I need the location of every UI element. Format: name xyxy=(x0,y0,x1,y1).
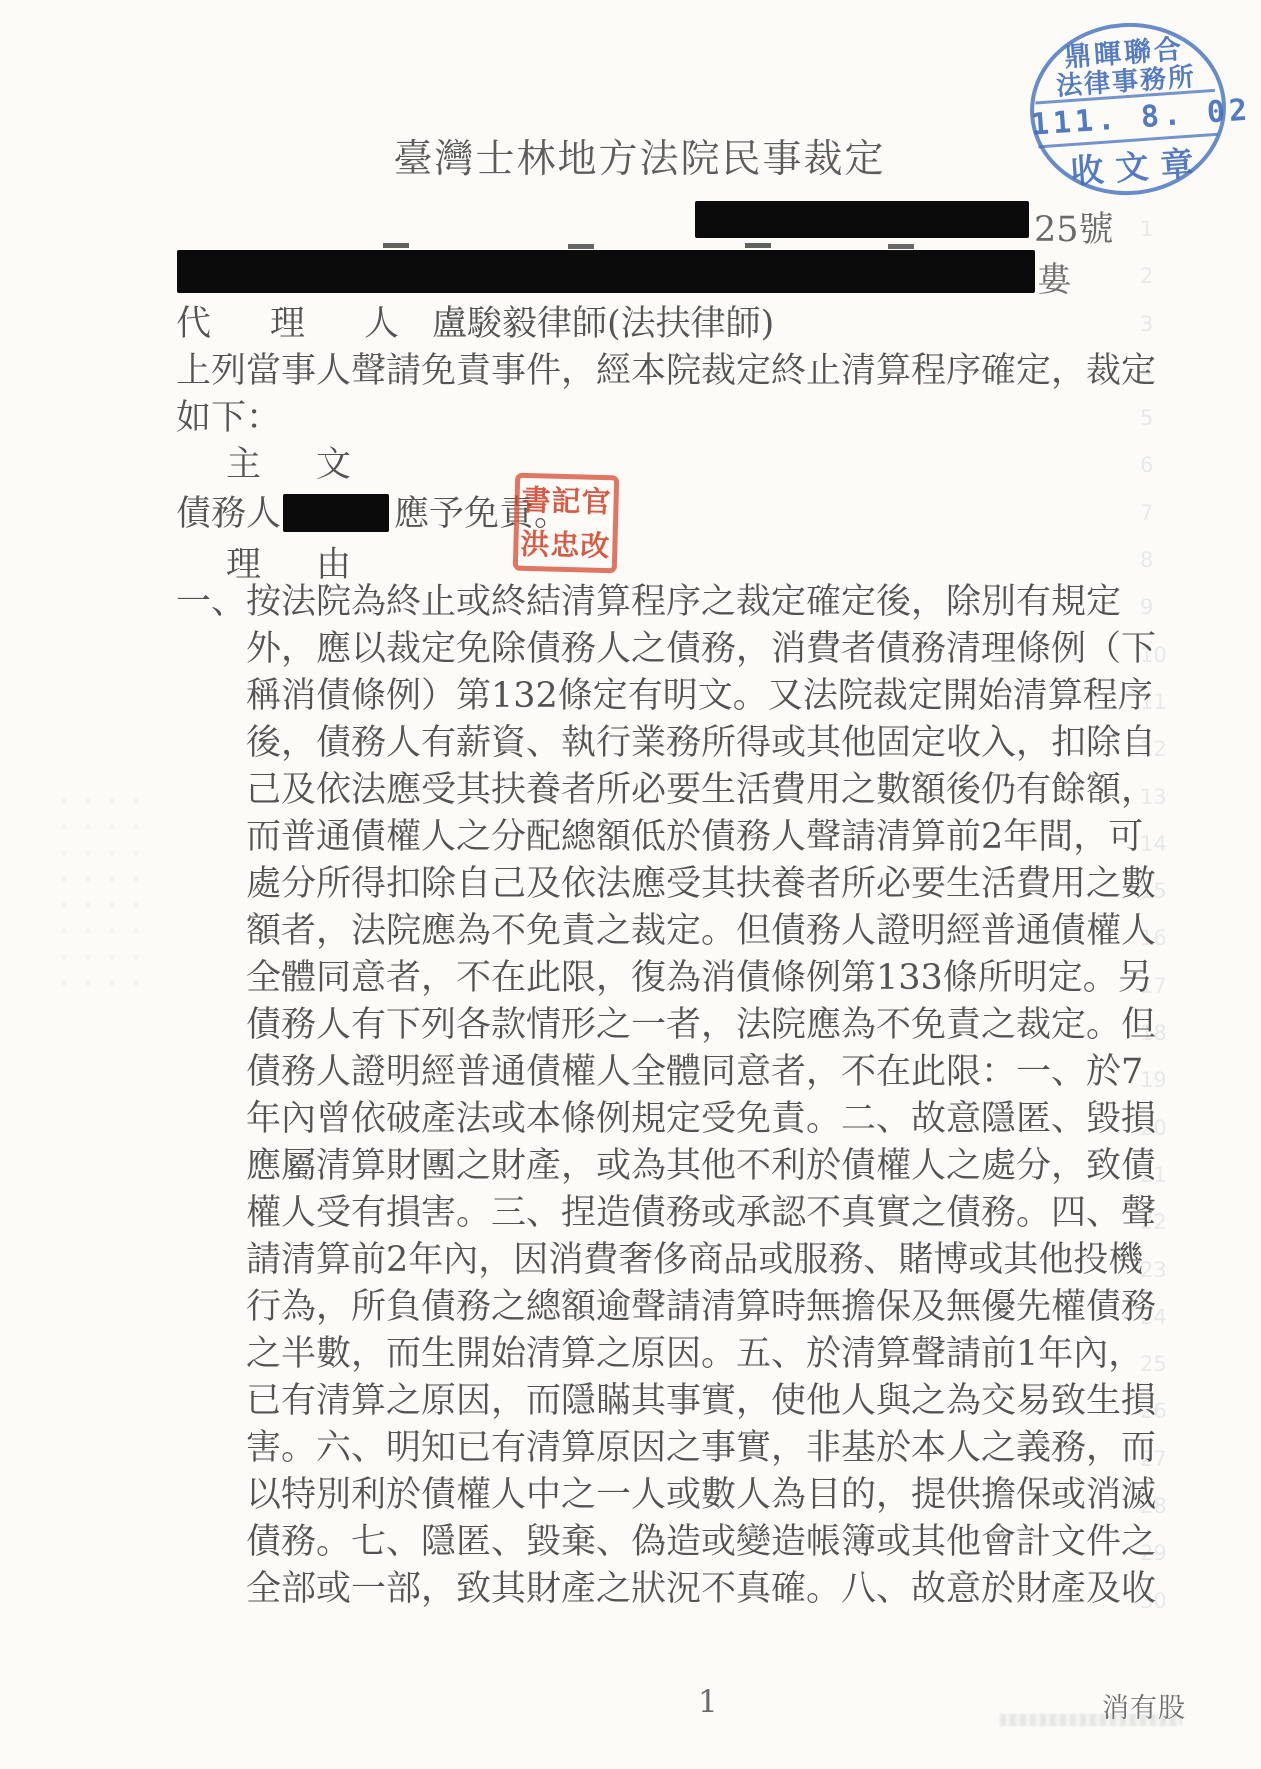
clerk-stamp: 書記官 洪忠改 xyxy=(513,473,620,574)
clerk-stamp-name: 洪忠改 xyxy=(518,526,613,564)
reasons-paragraph: 一、按法院為終止或終結清算程序之裁定確定後，除別有規定外，應以裁定免除債務人之債… xyxy=(176,579,1136,1613)
margin-line-number: 8 xyxy=(1140,537,1180,584)
margin-line-number: 2 xyxy=(1140,253,1180,300)
reasons-line: 全部或一部，致其財產之狀況不真確。八、故意於財產及收 xyxy=(176,1566,1136,1613)
agent-line: 代 理 人 盧駿毅律師(法扶律師) xyxy=(176,296,411,346)
reasons-line: 行為，所負債務之總額逾聲請清算時無擔保及無優先權債務 xyxy=(176,1284,1136,1331)
reasons-line: 請清算前2年內，因消費奢侈商品或服務、賭博或其他投機 xyxy=(176,1237,1136,1284)
reasons-line: 應屬清算財團之財產，或為其他不利於債權人之處分，致債 xyxy=(176,1143,1136,1190)
reasons-line: 一、按法院為終止或終結清算程序之裁定確定後，除別有規定 xyxy=(176,579,1136,626)
reasons-line: 之半數，而生開始清算之原因。五、於清算聲請前1年內， xyxy=(176,1331,1136,1378)
reasons-line: 年內曾依破產法或本條例規定受免責。二、故意隱匿、毀損 xyxy=(176,1096,1136,1143)
reasons-line: 債務。七、隱匿、毀棄、偽造或變造帳簿或其他會計文件之 xyxy=(176,1519,1136,1566)
reasons-line: 稱消債條例）第132條定有明文。又法院裁定開始清算程序 xyxy=(176,673,1136,720)
case-number-suffix: 25號 xyxy=(1034,202,1114,252)
document-title: 臺灣士林地方法院民事裁定 xyxy=(0,128,1261,184)
faint-watermark xyxy=(1000,1714,1182,1726)
preamble-line2: 如下： xyxy=(176,390,281,440)
reasons-line: 債務人證明經普通債權人全體同意者，不在此限：一、於7 xyxy=(176,1049,1136,1096)
address-partial-character: 婁 xyxy=(1037,252,1071,301)
redaction-bar-case-number xyxy=(695,201,1029,238)
scan-smudge xyxy=(52,788,147,993)
reasons-line: 已有清算之原因，而隱瞞其事實，使他人與之為交易致生損 xyxy=(176,1378,1136,1425)
reasons-line: 外，應以裁定免除債務人之債務，消費者債務清理條例（下 xyxy=(176,626,1136,673)
court-ruling-page: 1234567891011121314151617181920212223242… xyxy=(0,0,1261,1769)
main-text-line: 債務人應予免責。 xyxy=(176,486,569,536)
reasons-line: 處分所得扣除自己及依法應受其扶養者所必要生活費用之數 xyxy=(176,861,1136,908)
margin-line-number: 5 xyxy=(1140,395,1180,442)
main-text-prefix: 債務人 xyxy=(176,494,281,534)
reasons-line: 額者，法院應為不免責之裁定。但債務人證明經普通債權人 xyxy=(176,908,1136,955)
redaction-bar-debtor-name xyxy=(283,494,389,532)
preamble-line1: 上列當事人聲請免責事件，經本院裁定終止清算程序確定，裁定 xyxy=(176,343,1156,393)
reasons-line: 債務人有下列各款情形之一者，法院應為不免責之裁定。但 xyxy=(176,1002,1136,1049)
agent-label: 代 理 人 xyxy=(176,304,411,344)
clerk-stamp-title: 書記官 xyxy=(519,482,614,520)
agent-name: 盧駿毅律師(法扶律師) xyxy=(432,296,774,346)
main-text-heading: 主 文 xyxy=(226,437,361,487)
margin-line-number: 3 xyxy=(1140,301,1180,348)
reasons-line: 權人受有損害。三、捏造債務或承認不真實之債務。四、聲 xyxy=(176,1190,1136,1237)
reasons-line: 全體同意者，不在此限，復為消債條例第133條所明定。另 xyxy=(176,955,1136,1002)
margin-line-number: 9 xyxy=(1140,584,1180,631)
reasons-line: 以特別利於債權人中之一人或數人為目的，提供擔保或消滅 xyxy=(176,1472,1136,1519)
redaction-text-fragments xyxy=(383,243,409,248)
reasons-line: 而普通債權人之分配總額低於債務人聲請清算前2年間，可 xyxy=(176,814,1136,861)
margin-line-number: 7 xyxy=(1140,490,1180,537)
margin-line-number: 1 xyxy=(1140,206,1180,253)
reasons-line: 害。六、明知已有清算原因之事實，非基於本人之義務，而 xyxy=(176,1425,1136,1472)
reasons-line: 己及依法應受其扶養者所必要生活費用之數額後仍有餘額， xyxy=(176,767,1136,814)
margin-line-number: 6 xyxy=(1140,442,1180,489)
reasons-line: 後，債務人有薪資、執行業務所得或其他固定收入，扣除自 xyxy=(176,720,1136,767)
redaction-bar-address xyxy=(177,250,1035,293)
page-number: 1 xyxy=(698,1684,718,1720)
